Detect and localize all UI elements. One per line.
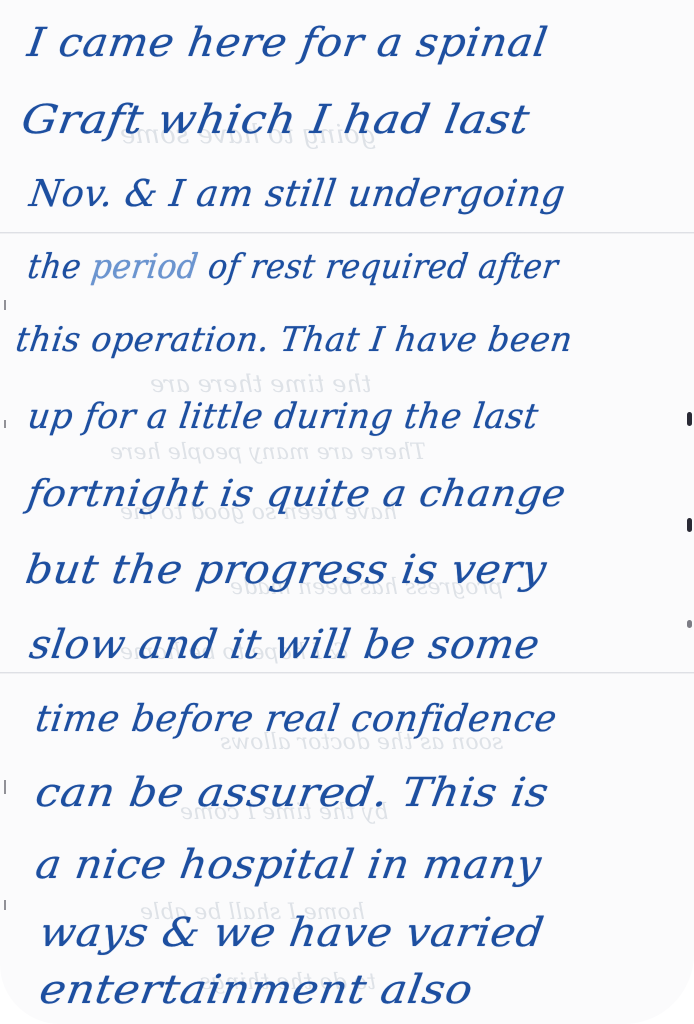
handwritten-line: fortnight is quite a change: [25, 470, 694, 517]
handwritten-line: time before real confidence: [33, 695, 694, 742]
handwritten-line: but the progress is very: [22, 545, 694, 595]
handwritten-line: up for a little during the last: [25, 395, 694, 440]
handwritten-line: the period of rest required after: [25, 245, 676, 289]
handwritten-text: I came here for a spinal Graft which I h…: [0, 0, 694, 1024]
letter-page: going to have somethe time there areTher…: [0, 0, 694, 1024]
handwritten-line: this operation. That I have been: [13, 318, 694, 362]
handwritten-line: I came here for a spinal: [24, 18, 694, 68]
handwritten-line: slow and it will be some: [26, 620, 694, 670]
handwritten-line: can be assured. This is: [32, 768, 694, 818]
handwritten-line: entertainment also: [36, 965, 694, 1015]
handwritten-line: Nov. & I am still undergoing: [27, 170, 694, 217]
faded-word: period: [89, 247, 200, 287]
handwritten-line: ways & we have varied: [36, 908, 694, 958]
handwritten-line: Graft which I had last: [18, 95, 694, 145]
handwritten-line: a nice hospital in many: [32, 840, 694, 890]
